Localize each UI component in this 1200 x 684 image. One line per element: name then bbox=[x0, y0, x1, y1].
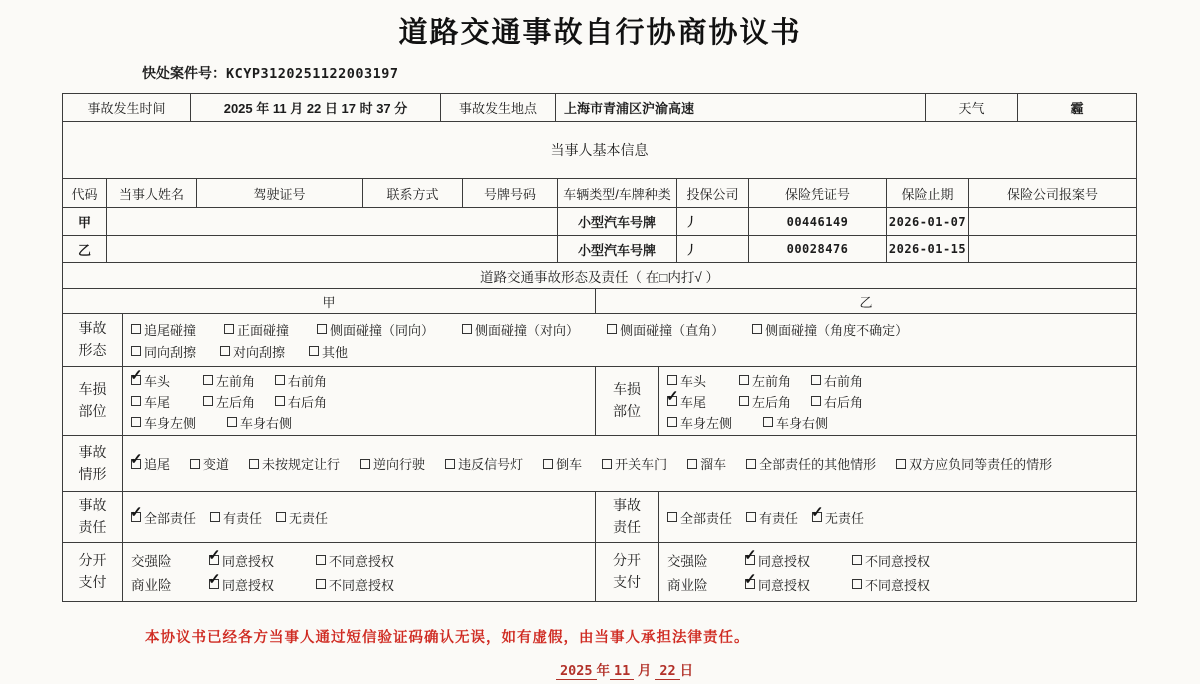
checked-checkbox-icon bbox=[131, 375, 141, 385]
checkbox-label: 同意授权 bbox=[222, 551, 274, 570]
party-b-column-label: 乙 bbox=[859, 292, 872, 311]
damage-a-label-cell: 车损部位 bbox=[63, 367, 123, 435]
agreement-form-table: 事故发生时间 2025 年 11 月 22 日 17 时 37 分 事故发生地点… bbox=[62, 93, 1137, 602]
col-header-report-no: 保险公司报案号 bbox=[969, 179, 1136, 207]
damage-a-line3: 车身左侧车身右侧 bbox=[131, 412, 595, 433]
checkbox-label: 开关车门 bbox=[615, 454, 667, 473]
payment-a-type1-options: 同意授权不同意授权 bbox=[209, 551, 394, 570]
checkbox-icon bbox=[667, 417, 677, 427]
checkbox-label: 左后角 bbox=[752, 392, 791, 411]
checkbox-item[interactable]: 开关车门 bbox=[602, 454, 667, 473]
damage-b-line3: 车身左侧车身右侧 bbox=[667, 412, 1136, 433]
checked-checkbox-icon bbox=[209, 555, 219, 565]
checked-checkbox-icon bbox=[667, 396, 677, 406]
damage-a-label: 车损部位 bbox=[77, 379, 108, 422]
checkbox-label: 侧面碰撞（角度不确定） bbox=[765, 320, 908, 339]
form-section-header: 道路交通事故形态及责任（ 在□内打√ ） bbox=[63, 263, 1136, 289]
checkbox-item[interactable]: 右后角 bbox=[275, 392, 347, 411]
col-header-vehicle-type: 车辆类型/车牌种类 bbox=[558, 179, 677, 207]
checkbox-item[interactable]: 未按规定让行 bbox=[249, 454, 340, 473]
checkbox-label: 车身右侧 bbox=[240, 413, 292, 432]
payment-b-label: 分开支付 bbox=[612, 550, 643, 593]
weather-label: 天气 bbox=[926, 94, 1018, 121]
checkbox-item[interactable]: 右前角 bbox=[275, 371, 347, 390]
checkbox-icon bbox=[667, 375, 677, 385]
party-b-vehicle-type: 小型汽车号牌 bbox=[558, 236, 677, 262]
checkbox-icon bbox=[224, 324, 234, 334]
checkbox-label: 右后角 bbox=[824, 392, 863, 411]
party-a-name-block bbox=[107, 208, 558, 235]
party-b-name-block bbox=[107, 236, 558, 262]
checkbox-item[interactable]: 双方应负同等责任的情形 bbox=[896, 454, 1052, 473]
checkbox-label: 侧面碰撞（直角） bbox=[620, 320, 724, 339]
situation-options-line: 追尾变道未按规定让行逆向行驶违反信号灯倒车开关车门溜车全部责任的其他情形双方应负… bbox=[131, 453, 1136, 475]
checkbox-icon bbox=[210, 512, 220, 522]
party-a-code: 甲 bbox=[63, 208, 107, 235]
party-a-column-header: 甲 bbox=[63, 289, 596, 313]
checkbox-icon bbox=[227, 417, 237, 427]
col-header-policy-no: 保险凭证号 bbox=[749, 179, 887, 207]
checkbox-label: 车身左侧 bbox=[680, 413, 732, 432]
checkbox-icon bbox=[667, 512, 677, 522]
damage-b-line2: 车尾左后角右后角 bbox=[667, 391, 1136, 412]
responsibility-a-label-cell: 事故责任 bbox=[63, 492, 123, 542]
checkbox-icon bbox=[316, 555, 326, 565]
checkbox-label: 不同意授权 bbox=[865, 551, 930, 570]
payment-a-line1: 交强险 同意授权不同意授权 bbox=[131, 548, 595, 572]
date-day: 22 bbox=[655, 663, 679, 680]
checkbox-item[interactable]: 不同意授权 bbox=[852, 551, 930, 570]
payment-a-options: 交强险 同意授权不同意授权 商业险 同意授权不同意授权 bbox=[123, 543, 595, 601]
checkbox-label: 全部责任 bbox=[680, 508, 732, 527]
payment-b-line2: 商业险 同意授权不同意授权 bbox=[667, 572, 1136, 596]
payment-a-line2: 商业险 同意授权不同意授权 bbox=[131, 572, 595, 596]
party-a-vehicle-type: 小型汽车号牌 bbox=[558, 208, 677, 235]
payment-a-half: 分开支付 交强险 同意授权不同意授权 商业险 同意授权不同意授权 bbox=[63, 543, 596, 601]
checkbox-label: 追尾 bbox=[144, 454, 170, 473]
checkbox-item[interactable]: 无责任 bbox=[812, 508, 864, 527]
checkbox-label: 车头 bbox=[680, 371, 706, 390]
party-section-title: 当事人基本信息 bbox=[63, 122, 1136, 178]
accident-form-label-cell: 事故形态 bbox=[63, 314, 123, 366]
checkbox-item[interactable]: 左前角 bbox=[203, 371, 275, 390]
checkbox-icon bbox=[852, 579, 862, 589]
checkbox-icon bbox=[687, 459, 697, 469]
accident-time-value: 2025 年 11 月 22 日 17 时 37 分 bbox=[191, 94, 441, 121]
checkbox-label: 未按规定让行 bbox=[262, 454, 340, 473]
checkbox-icon bbox=[276, 512, 286, 522]
checkbox-label: 车身右侧 bbox=[776, 413, 828, 432]
checkbox-label: 侧面碰撞（对向） bbox=[475, 320, 579, 339]
party-a-report-no bbox=[969, 208, 1136, 235]
responsibility-b-options: 全部责任有责任无责任 bbox=[659, 492, 1136, 542]
checked-checkbox-icon bbox=[209, 579, 219, 589]
checkbox-icon bbox=[275, 396, 285, 406]
damage-row: 车损部位 车头左前角右前角 车尾左后角右后角 车身左侧车身右侧 车损部位 车头左… bbox=[63, 367, 1136, 436]
checkbox-icon bbox=[316, 579, 326, 589]
party-section-header: 当事人基本信息 bbox=[63, 122, 1136, 179]
responsibility-b-label: 事故责任 bbox=[612, 495, 643, 538]
party-columns-header: 甲 乙 bbox=[63, 289, 1136, 314]
checkbox-item[interactable]: 违反信号灯 bbox=[445, 454, 523, 473]
payment-b-type2-options: 同意授权不同意授权 bbox=[745, 575, 930, 594]
accident-form-row: 事故形态 追尾碰撞正面碰撞侧面碰撞（同向）侧面碰撞（对向）侧面碰撞（直角）侧面碰… bbox=[63, 314, 1136, 367]
checkbox-label: 同向刮擦 bbox=[144, 342, 196, 361]
checkbox-icon bbox=[131, 417, 141, 427]
checkbox-item[interactable]: 侧面碰撞（角度不确定） bbox=[752, 320, 908, 339]
checkbox-icon bbox=[852, 555, 862, 565]
responsibility-row: 事故责任 全部责任有责任无责任 事故责任 全部责任有责任无责任 bbox=[63, 492, 1136, 543]
col-header-license: 驾驶证号 bbox=[197, 179, 363, 207]
signature-date: 2025年11 月 22日 bbox=[556, 659, 1200, 679]
weather-value: 霾 bbox=[1018, 94, 1136, 121]
responsibility-a-half: 事故责任 全部责任有责任无责任 bbox=[63, 492, 596, 542]
damage-a-line1: 车头左前角右前角 bbox=[131, 370, 595, 391]
party-b-policy-end: 2026-01-15 bbox=[887, 236, 969, 262]
checkbox-label: 不同意授权 bbox=[865, 575, 930, 594]
checkbox-label: 有责任 bbox=[759, 508, 798, 527]
checkbox-icon bbox=[462, 324, 472, 334]
checkbox-label: 正面碰撞 bbox=[237, 320, 289, 339]
form-section-title: 道路交通事故形态及责任（ 在□内打√ ） bbox=[63, 263, 1136, 288]
party-b-column-header: 乙 bbox=[596, 289, 1136, 313]
damage-b-label: 车损部位 bbox=[612, 379, 643, 422]
checkbox-icon bbox=[275, 375, 285, 385]
date-year-unit: 年 bbox=[597, 663, 611, 678]
checkbox-item[interactable]: 车身左侧 bbox=[667, 413, 739, 432]
checkbox-icon bbox=[131, 324, 141, 334]
party-b-insurer: 丿 bbox=[677, 236, 749, 262]
col-header-policy-end: 保险止期 bbox=[887, 179, 969, 207]
checkbox-label: 倒车 bbox=[556, 454, 582, 473]
case-number-line: 快处案件号：KCYP3120251122003197 bbox=[142, 63, 1200, 83]
damage-a-line2: 车尾左后角右后角 bbox=[131, 391, 595, 412]
checkbox-item[interactable]: 溜车 bbox=[687, 454, 726, 473]
party-a-column-label: 甲 bbox=[322, 292, 335, 311]
party-table-header-row: 代码 当事人姓名 驾驶证号 联系方式 号牌号码 车辆类型/车牌种类 投保公司 保… bbox=[63, 179, 1136, 208]
checkbox-icon bbox=[607, 324, 617, 334]
checkbox-label: 车头 bbox=[144, 371, 170, 390]
damage-b-options: 车头左前角右前角 车尾左后角右后角 车身左侧车身右侧 bbox=[659, 367, 1136, 435]
checkbox-label: 车尾 bbox=[144, 392, 170, 411]
damage-a-half: 车损部位 车头左前角右前角 车尾左后角右后角 车身左侧车身右侧 bbox=[63, 367, 596, 435]
checkbox-item[interactable]: 同意授权 bbox=[209, 575, 274, 594]
checkbox-icon bbox=[896, 459, 906, 469]
checkbox-label: 左后角 bbox=[216, 392, 255, 411]
checkbox-icon bbox=[445, 459, 455, 469]
case-number-label: 快处案件号： bbox=[142, 65, 226, 81]
accident-info-row: 事故发生时间 2025 年 11 月 22 日 17 时 37 分 事故发生地点… bbox=[63, 94, 1136, 122]
responsibility-b-half: 事故责任 全部责任有责任无责任 bbox=[596, 492, 1136, 542]
checkbox-item[interactable]: 逆向行驶 bbox=[360, 454, 425, 473]
checkbox-item[interactable]: 车身右侧 bbox=[227, 413, 299, 432]
checkbox-icon bbox=[739, 396, 749, 406]
checkbox-icon bbox=[739, 375, 749, 385]
checkbox-item[interactable]: 左前角 bbox=[739, 371, 811, 390]
checkbox-label: 同意授权 bbox=[758, 575, 810, 594]
damage-a-options: 车头左前角右前角 车尾左后角右后角 车身左侧车身右侧 bbox=[123, 367, 595, 435]
col-header-code: 代码 bbox=[63, 179, 107, 207]
responsibility-a-label: 事故责任 bbox=[77, 495, 108, 538]
checkbox-label: 右后角 bbox=[288, 392, 327, 411]
checkbox-icon bbox=[131, 396, 141, 406]
checkbox-label: 变道 bbox=[203, 454, 229, 473]
checkbox-label: 追尾碰撞 bbox=[144, 320, 196, 339]
checkbox-item[interactable]: 不同意授权 bbox=[316, 551, 394, 570]
responsibility-b-label-cell: 事故责任 bbox=[596, 492, 659, 542]
col-header-plate: 号牌号码 bbox=[463, 179, 558, 207]
accident-time-label: 事故发生时间 bbox=[63, 94, 191, 121]
checkbox-item[interactable]: 正面碰撞 bbox=[224, 320, 289, 339]
checkbox-item[interactable]: 追尾 bbox=[131, 454, 170, 473]
checkbox-icon bbox=[752, 324, 762, 334]
payment-a-label: 分开支付 bbox=[77, 550, 108, 593]
checkbox-icon bbox=[811, 396, 821, 406]
col-header-name: 当事人姓名 bbox=[107, 179, 197, 207]
checkbox-icon bbox=[220, 346, 230, 356]
accident-location-value: 上海市青浦区沪渝高速 bbox=[556, 94, 926, 121]
confirmation-notice: 本协议书已经各方当事人通过短信验证码确认无误，如有虚假，由当事人承担法律责任。 bbox=[145, 626, 1200, 647]
damage-b-half: 车损部位 车头左前角右前角 车尾左后角右后角 车身左侧车身右侧 bbox=[596, 367, 1136, 435]
date-month: 11 bbox=[610, 663, 634, 680]
checkbox-item[interactable]: 车尾 bbox=[667, 392, 739, 411]
checkbox-label: 车尾 bbox=[680, 392, 706, 411]
checkbox-label: 左前角 bbox=[752, 371, 791, 390]
responsibility-a-options: 全部责任有责任无责任 bbox=[123, 492, 595, 542]
payment-b-line1: 交强险 同意授权不同意授权 bbox=[667, 548, 1136, 572]
responsibility-a-line: 全部责任有责任无责任 bbox=[131, 506, 595, 528]
checkbox-label: 双方应负同等责任的情形 bbox=[909, 454, 1052, 473]
checkbox-item[interactable]: 侧面碰撞（对向） bbox=[462, 320, 579, 339]
checkbox-label: 同意授权 bbox=[222, 575, 274, 594]
accident-form-label: 事故形态 bbox=[77, 318, 108, 361]
checkbox-label: 对向刮擦 bbox=[233, 342, 285, 361]
checkbox-item[interactable]: 不同意授权 bbox=[316, 575, 394, 594]
checkbox-icon bbox=[763, 417, 773, 427]
payment-a-label-cell: 分开支付 bbox=[63, 543, 123, 601]
payment-row: 分开支付 交强险 同意授权不同意授权 商业险 同意授权不同意授权 分开支付 交强… bbox=[63, 543, 1136, 601]
payment-b-label-cell: 分开支付 bbox=[596, 543, 659, 601]
checkbox-label: 左前角 bbox=[216, 371, 255, 390]
situation-label-cell: 事故情形 bbox=[63, 436, 123, 491]
checked-checkbox-icon bbox=[812, 512, 822, 522]
checkbox-item[interactable]: 左后角 bbox=[739, 392, 811, 411]
checked-checkbox-icon bbox=[745, 555, 755, 565]
checkbox-icon bbox=[249, 459, 259, 469]
checkbox-item[interactable]: 不同意授权 bbox=[852, 575, 930, 594]
date-month-unit: 月 bbox=[638, 663, 652, 678]
checked-checkbox-icon bbox=[131, 512, 141, 522]
checkbox-label: 无责任 bbox=[825, 508, 864, 527]
checkbox-item[interactable]: 同意授权 bbox=[745, 575, 810, 594]
checkbox-icon bbox=[746, 459, 756, 469]
checkbox-item[interactable]: 车身右侧 bbox=[763, 413, 835, 432]
payment-b-half: 分开支付 交强险 同意授权不同意授权 商业险 同意授权不同意授权 bbox=[596, 543, 1136, 601]
checkbox-icon bbox=[811, 375, 821, 385]
responsibility-b-line: 全部责任有责任无责任 bbox=[667, 506, 1136, 528]
checkbox-label: 其他 bbox=[322, 342, 348, 361]
payment-b-type1-options: 同意授权不同意授权 bbox=[745, 551, 930, 570]
party-b-row: 乙 小型汽车号牌 丿 00028476 2026-01-15 bbox=[63, 236, 1136, 263]
checkbox-label: 右前角 bbox=[824, 371, 863, 390]
checkbox-icon bbox=[309, 346, 319, 356]
accident-form-options-line2: 同向刮擦对向刮擦其他 bbox=[131, 340, 1136, 362]
checkbox-item[interactable]: 同意授权 bbox=[209, 551, 274, 570]
accident-form-options: 追尾碰撞正面碰撞侧面碰撞（同向）侧面碰撞（对向）侧面碰撞（直角）侧面碰撞（角度不… bbox=[123, 314, 1136, 366]
checkbox-item[interactable]: 车头 bbox=[131, 371, 203, 390]
checkbox-label: 全部责任的其他情形 bbox=[759, 454, 876, 473]
col-header-insurer: 投保公司 bbox=[677, 179, 749, 207]
checkbox-icon bbox=[360, 459, 370, 469]
checkbox-item[interactable]: 同意授权 bbox=[745, 551, 810, 570]
checkbox-item[interactable]: 全部责任 bbox=[667, 508, 732, 527]
payment-b-type2: 商业险 bbox=[667, 574, 745, 594]
checkbox-label: 不同意授权 bbox=[329, 551, 394, 570]
checkbox-item[interactable]: 侧面碰撞（同向） bbox=[317, 320, 434, 339]
col-header-contact: 联系方式 bbox=[363, 179, 463, 207]
checkbox-item[interactable]: 追尾碰撞 bbox=[131, 320, 196, 339]
checked-checkbox-icon bbox=[745, 579, 755, 589]
checkbox-item[interactable]: 车身左侧 bbox=[131, 413, 203, 432]
checkbox-item[interactable]: 侧面碰撞（直角） bbox=[607, 320, 724, 339]
checkbox-label: 逆向行驶 bbox=[373, 454, 425, 473]
party-b-code: 乙 bbox=[63, 236, 107, 262]
checkbox-icon bbox=[746, 512, 756, 522]
checkbox-item[interactable]: 有责任 bbox=[210, 508, 262, 527]
checkbox-item[interactable]: 同向刮擦 bbox=[131, 342, 196, 361]
checkbox-icon bbox=[543, 459, 553, 469]
payment-b-options: 交强险 同意授权不同意授权 商业险 同意授权不同意授权 bbox=[659, 543, 1136, 601]
checked-checkbox-icon bbox=[131, 459, 141, 469]
checkbox-label: 无责任 bbox=[289, 508, 328, 527]
checkbox-item[interactable]: 有责任 bbox=[746, 508, 798, 527]
situation-row: 事故情形 追尾变道未按规定让行逆向行驶违反信号灯倒车开关车门溜车全部责任的其他情… bbox=[63, 436, 1136, 492]
party-b-policy-no: 00028476 bbox=[749, 236, 887, 262]
checkbox-item[interactable]: 倒车 bbox=[543, 454, 582, 473]
payment-a-type2-options: 同意授权不同意授权 bbox=[209, 575, 394, 594]
case-number-value: KCYP3120251122003197 bbox=[226, 66, 399, 82]
checkbox-label: 不同意授权 bbox=[329, 575, 394, 594]
checkbox-item[interactable]: 右后角 bbox=[811, 392, 883, 411]
damage-b-label-cell: 车损部位 bbox=[596, 367, 659, 435]
payment-b-type1: 交强险 bbox=[667, 550, 745, 570]
checkbox-icon bbox=[190, 459, 200, 469]
party-a-policy-no: 00446149 bbox=[749, 208, 887, 235]
situation-options: 追尾变道未按规定让行逆向行驶违反信号灯倒车开关车门溜车全部责任的其他情形双方应负… bbox=[123, 436, 1136, 491]
party-a-insurer: 丿 bbox=[677, 208, 749, 235]
checkbox-item[interactable]: 左后角 bbox=[203, 392, 275, 411]
checkbox-icon bbox=[203, 375, 213, 385]
party-b-report-no bbox=[969, 236, 1136, 262]
accident-location-label: 事故发生地点 bbox=[441, 94, 556, 121]
checkbox-item[interactable]: 对向刮擦 bbox=[220, 342, 285, 361]
checkbox-label: 全部责任 bbox=[144, 508, 196, 527]
checkbox-item[interactable]: 变道 bbox=[190, 454, 229, 473]
accident-form-options-line1: 追尾碰撞正面碰撞侧面碰撞（同向）侧面碰撞（对向）侧面碰撞（直角）侧面碰撞（角度不… bbox=[131, 318, 1136, 340]
damage-b-line1: 车头左前角右前角 bbox=[667, 370, 1136, 391]
checkbox-icon bbox=[203, 396, 213, 406]
checkbox-item[interactable]: 右前角 bbox=[811, 371, 883, 390]
checkbox-icon bbox=[602, 459, 612, 469]
checkbox-label: 同意授权 bbox=[758, 551, 810, 570]
checkbox-label: 右前角 bbox=[288, 371, 327, 390]
party-a-row: 甲 小型汽车号牌 丿 00446149 2026-01-07 bbox=[63, 208, 1136, 236]
checkbox-label: 溜车 bbox=[700, 454, 726, 473]
checkbox-item[interactable]: 全部责任 bbox=[131, 508, 196, 527]
payment-a-type1: 交强险 bbox=[131, 550, 209, 570]
checkbox-label: 违反信号灯 bbox=[458, 454, 523, 473]
party-a-policy-end: 2026-01-07 bbox=[887, 208, 969, 235]
date-year: 2025 bbox=[556, 663, 597, 680]
checkbox-item[interactable]: 其他 bbox=[309, 342, 348, 361]
checkbox-label: 有责任 bbox=[223, 508, 262, 527]
checkbox-icon bbox=[317, 324, 327, 334]
payment-a-type2: 商业险 bbox=[131, 574, 209, 594]
checkbox-icon bbox=[131, 346, 141, 356]
checkbox-item[interactable]: 车尾 bbox=[131, 392, 203, 411]
checkbox-item[interactable]: 无责任 bbox=[276, 508, 328, 527]
checkbox-item[interactable]: 全部责任的其他情形 bbox=[746, 454, 876, 473]
checkbox-label: 车身左侧 bbox=[144, 413, 196, 432]
page-title: 道路交通事故自行协商协议书 bbox=[0, 0, 1200, 51]
date-day-unit: 日 bbox=[680, 663, 694, 678]
situation-label: 事故情形 bbox=[77, 442, 108, 485]
checkbox-label: 侧面碰撞（同向） bbox=[330, 320, 434, 339]
